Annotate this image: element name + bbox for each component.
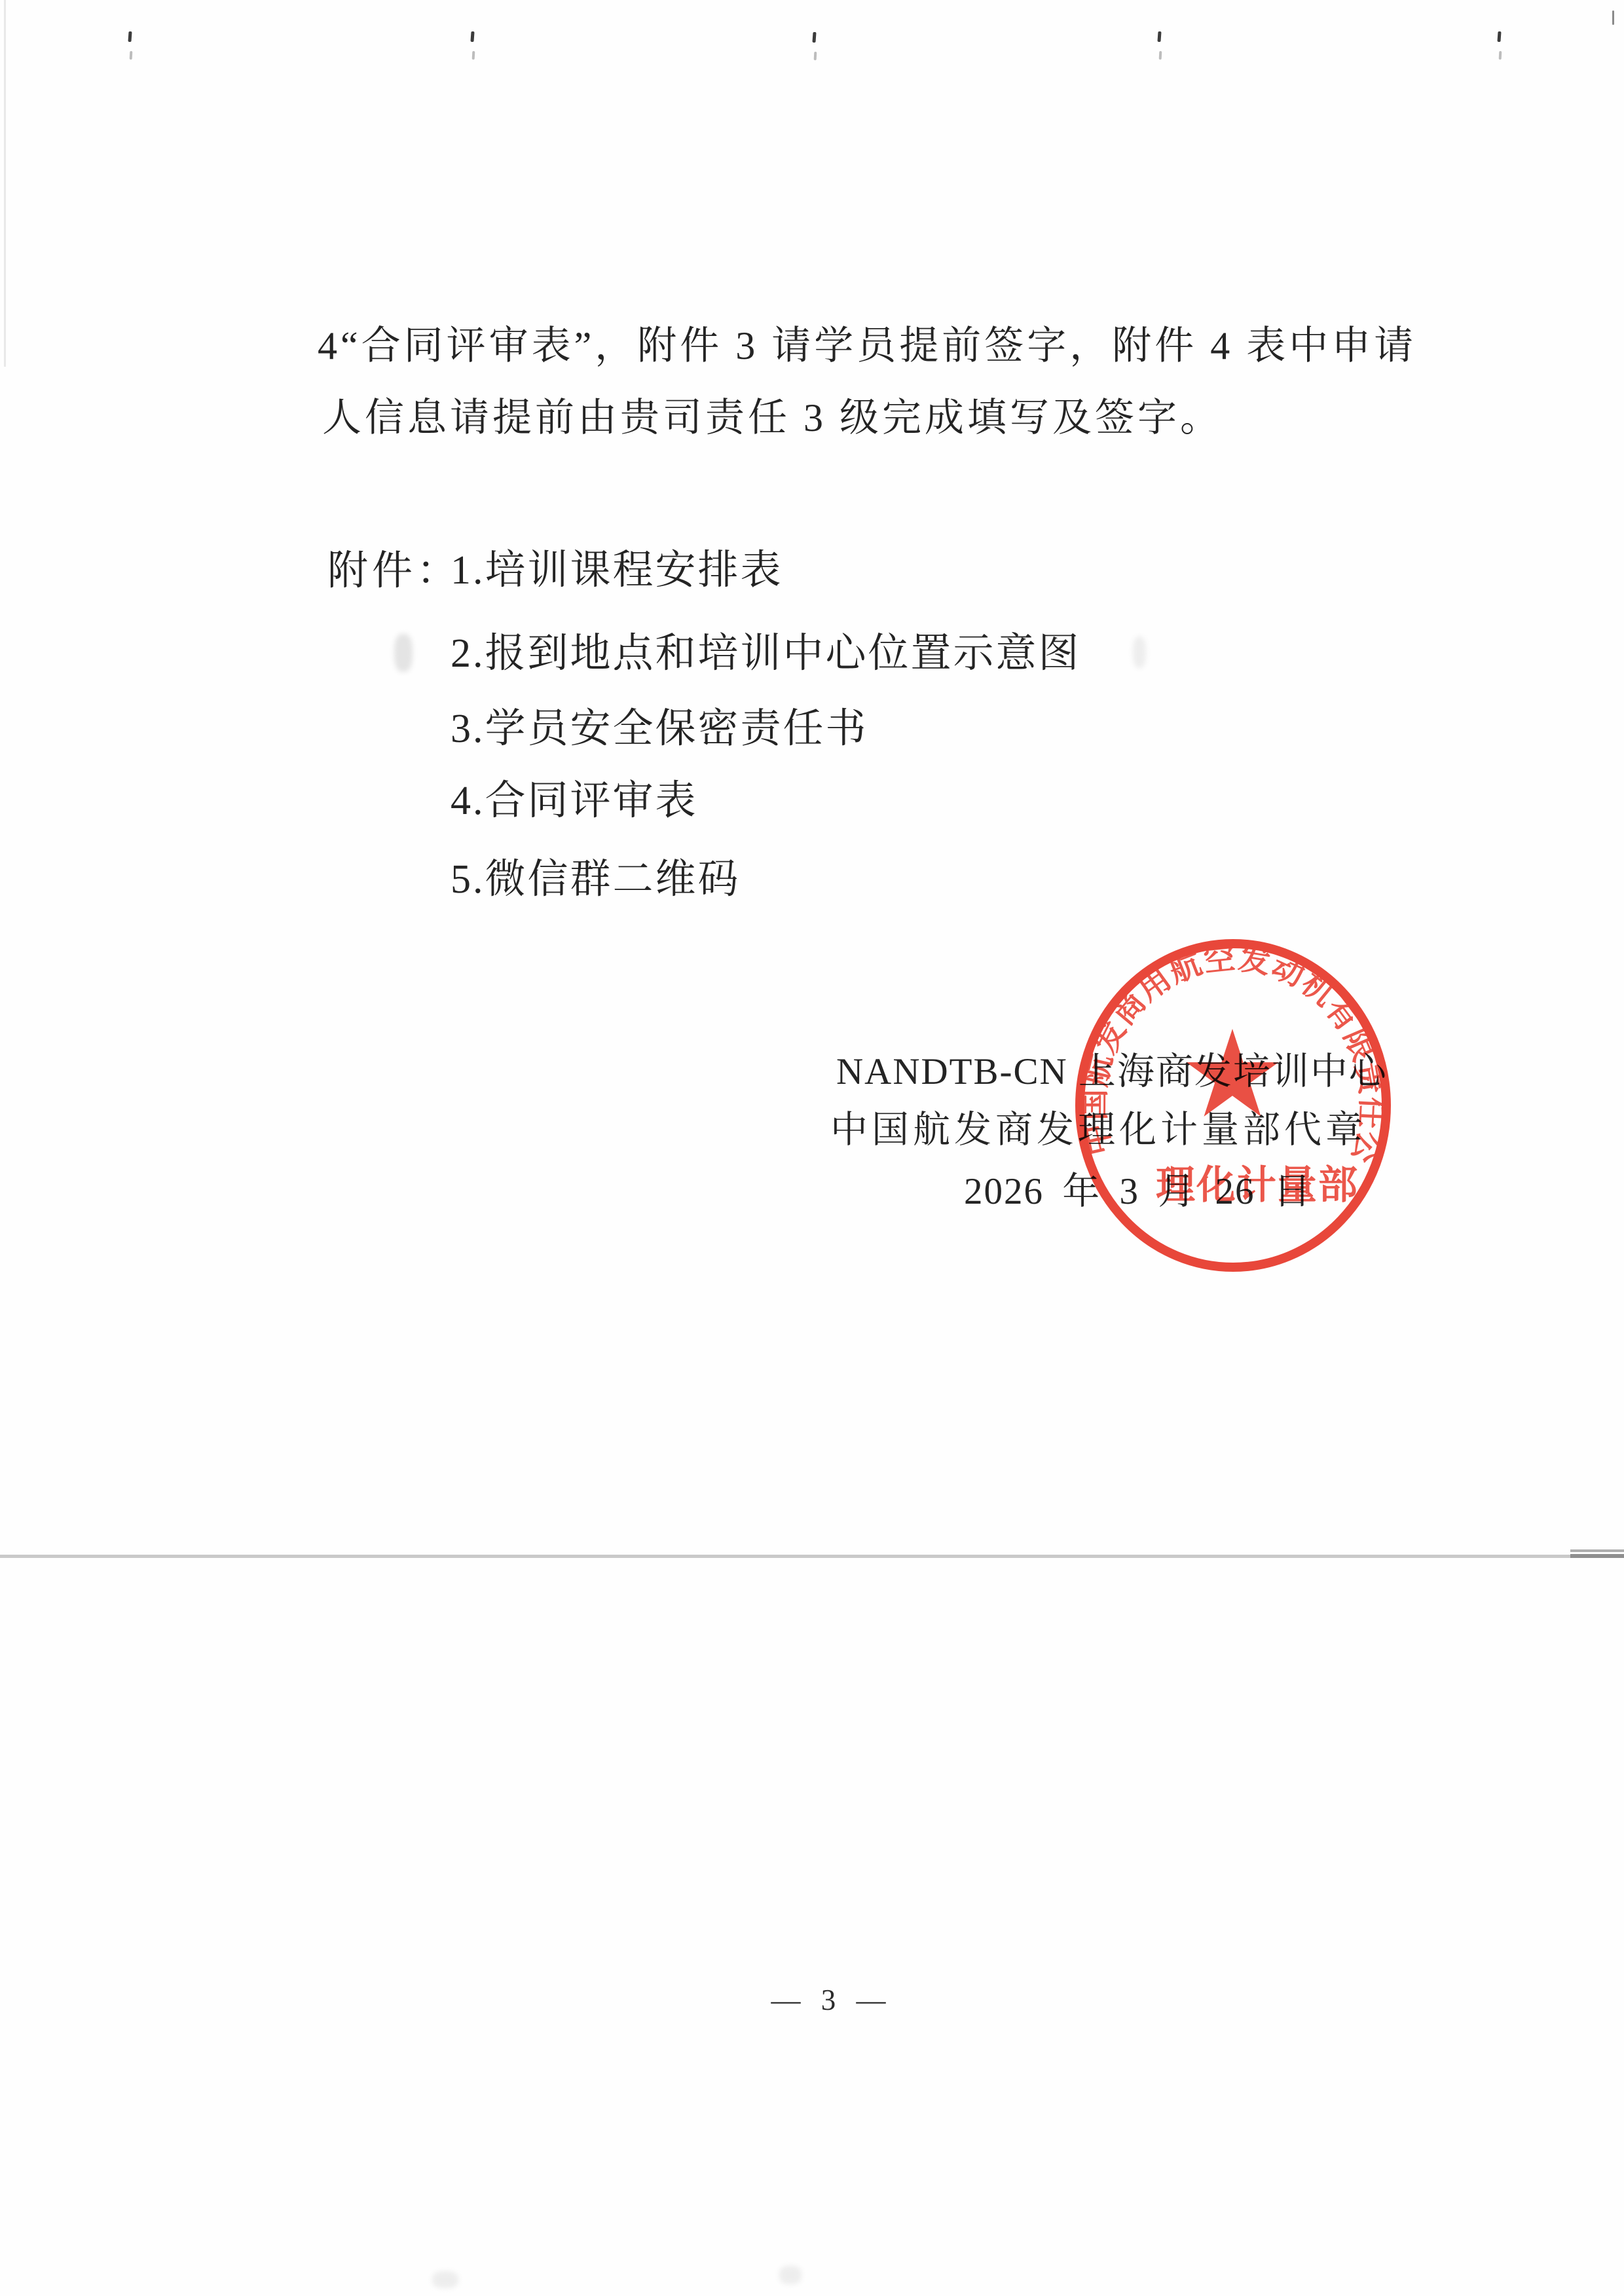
scan-artifact bbox=[1157, 31, 1161, 42]
scan-artifact bbox=[470, 31, 474, 42]
scan-artifact bbox=[812, 32, 816, 43]
seal-bottom-text: 理化计量部 bbox=[1156, 1164, 1359, 1207]
scan-edge-artifact bbox=[4, 0, 6, 367]
paragraph-line-2: 人信息请提前由贵司责任 3 级完成填写及签字。 bbox=[322, 398, 1223, 437]
attachments-label: 附件： bbox=[327, 551, 461, 591]
paragraph-line-1: 4“合同评审表”，附件 3 请学员提前签字，附件 4 表中申请 bbox=[318, 326, 1416, 365]
scan-divider-line-end bbox=[1570, 1549, 1624, 1552]
page-number: — 3 — bbox=[747, 1986, 917, 2015]
attachment-item: 1.培训课程安排表 bbox=[451, 550, 783, 591]
attachment-item: 5.微信群二维码 bbox=[451, 859, 741, 900]
scan-artifact bbox=[130, 51, 133, 60]
attachment-item: 3.学员安全保密责任书 bbox=[451, 709, 868, 749]
scanned-document-page: 4“合同评审表”，附件 3 请学员提前签字，附件 4 表中申请 人信息请提前由贵… bbox=[0, 0, 1624, 2296]
attachment-item: 2.报到地点和培训中心位置示意图 bbox=[451, 633, 1081, 674]
scan-smudge bbox=[432, 2271, 458, 2288]
scan-divider-line-end bbox=[1570, 1554, 1624, 1558]
scan-artifact bbox=[1159, 51, 1162, 60]
scan-artifact bbox=[1497, 31, 1501, 42]
scan-smudge bbox=[779, 2266, 802, 2284]
scan-artifact bbox=[472, 51, 475, 60]
seal-star-icon bbox=[1187, 1029, 1279, 1117]
scan-smudge bbox=[1133, 637, 1146, 668]
scan-artifact bbox=[128, 31, 132, 42]
scan-artifact bbox=[1612, 10, 1614, 25]
scan-divider-line bbox=[0, 1555, 1624, 1558]
scan-smudge bbox=[394, 634, 413, 672]
official-seal: 中国航发商用航空发动机有限责任公司 理化计量部 bbox=[1067, 933, 1395, 1277]
scan-artifact bbox=[1499, 51, 1502, 60]
scan-artifact bbox=[814, 52, 817, 60]
attachment-item: 4.合同评审表 bbox=[451, 781, 698, 821]
